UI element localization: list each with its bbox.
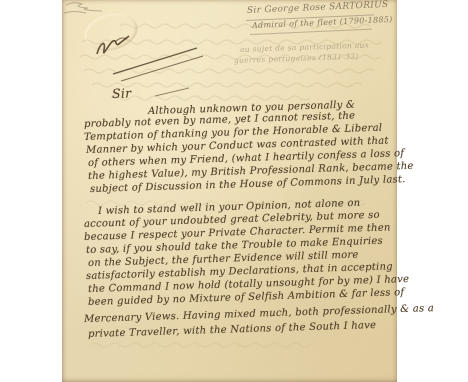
letter-salutation: Sir (112, 85, 132, 101)
scanned-letter-page: Sir George Rose SARTORIUS Admiral of the… (0, 0, 468, 382)
embossed-seal (80, 8, 141, 56)
